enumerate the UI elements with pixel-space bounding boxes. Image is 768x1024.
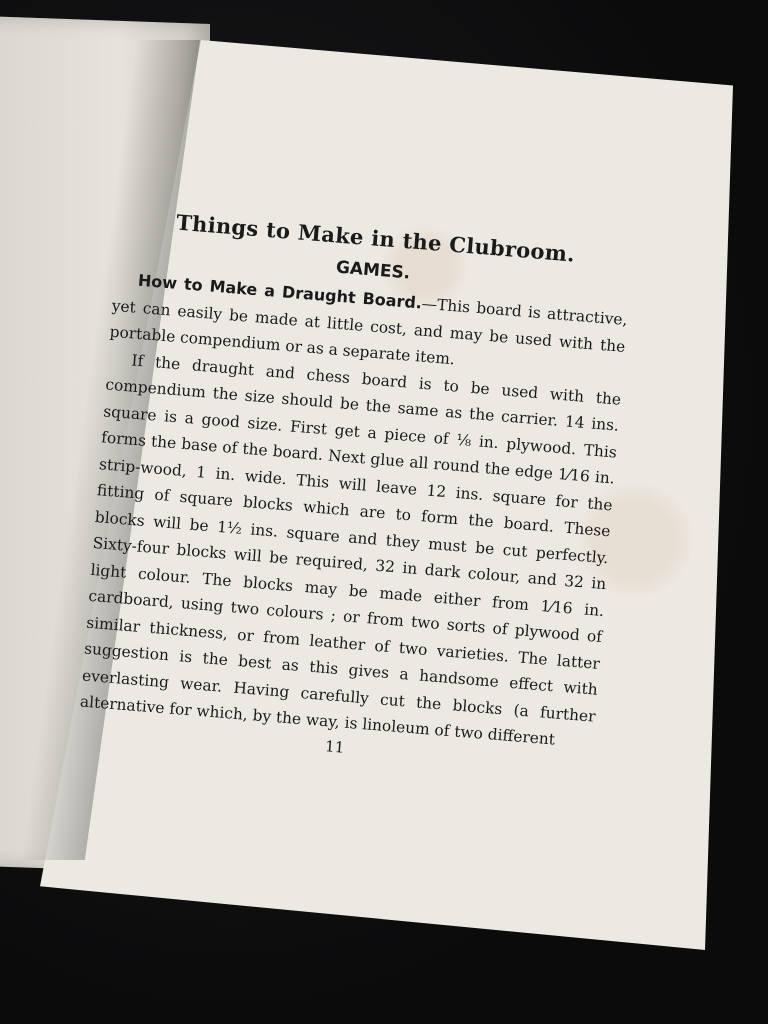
page-text: Things to Make in the Clubroom. GAMES. H… <box>77 205 633 776</box>
open-book: Things to Make in the Clubroom. GAMES. H… <box>0 0 768 1024</box>
paragraph-body: If the draught and chess board is to be … <box>79 345 622 756</box>
